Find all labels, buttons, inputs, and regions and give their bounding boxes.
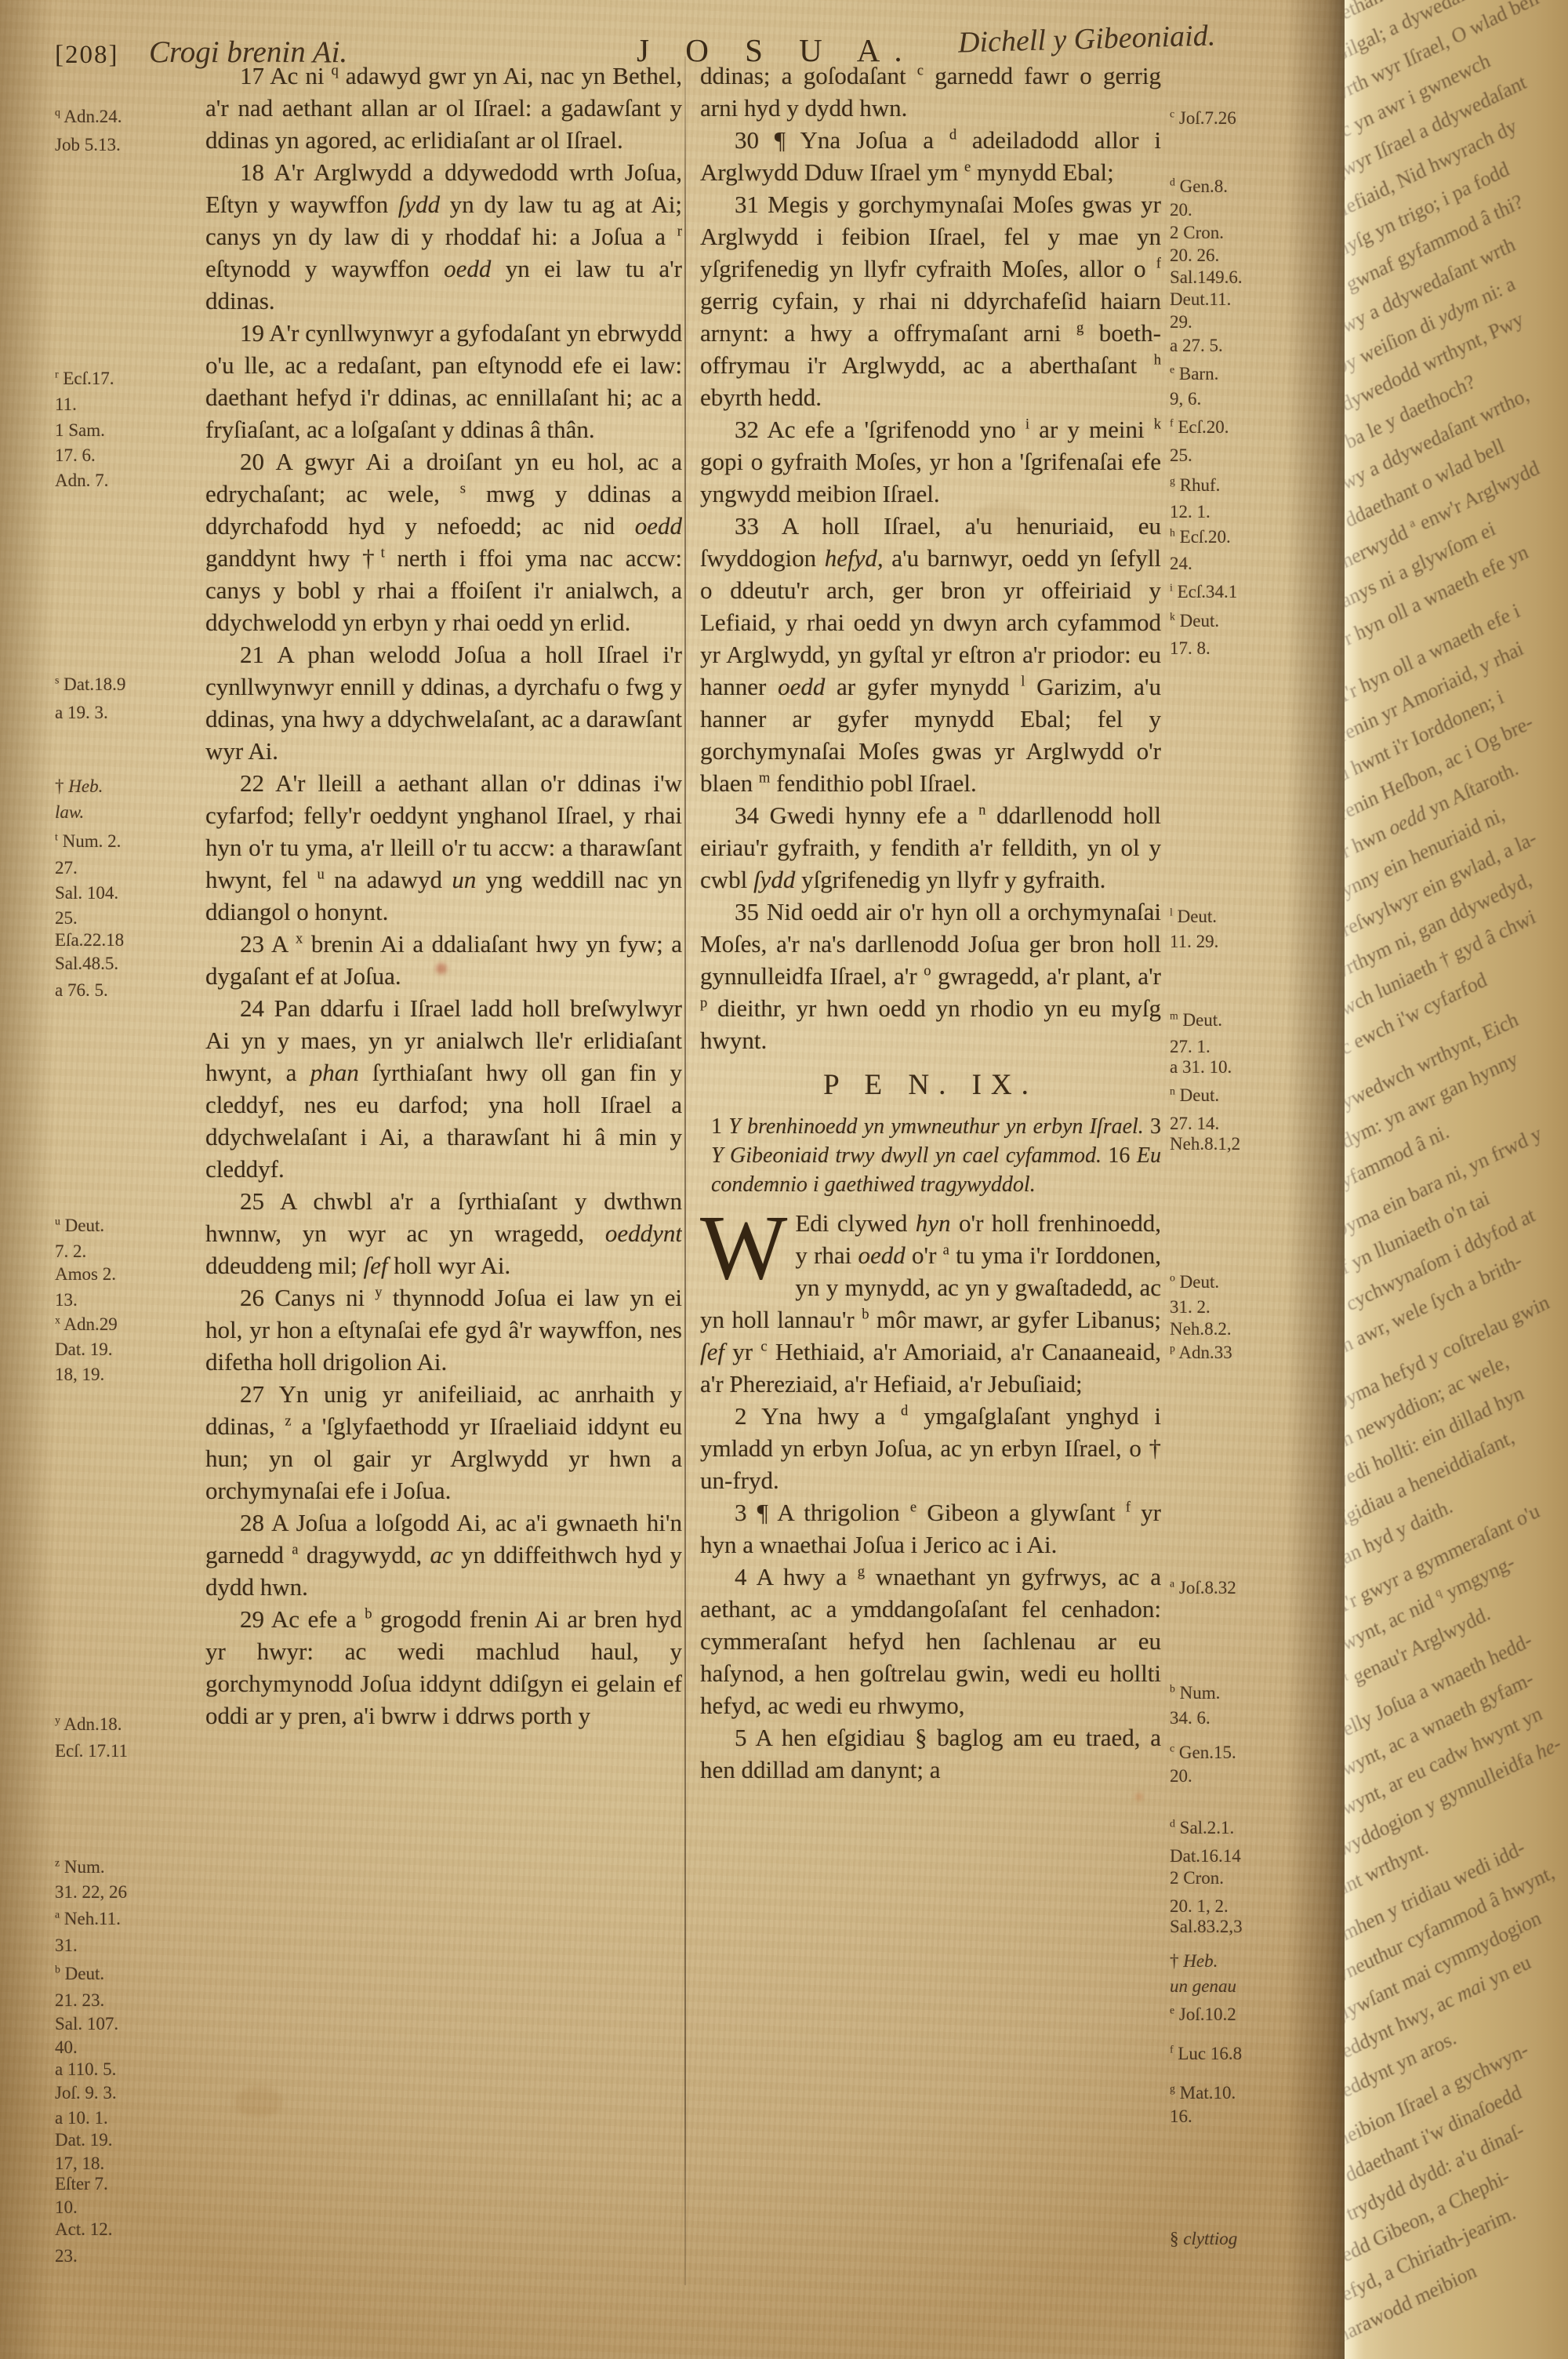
adjacent-page-text-fragment: ſant wrthynt. bbox=[1345, 1836, 1432, 1903]
margin-note: b Deut. bbox=[55, 1964, 104, 1984]
margin-note: 20. bbox=[1170, 200, 1192, 220]
margin-note: Ecſ. 17.11 bbox=[55, 1741, 128, 1761]
margin-note: 2 Cron. bbox=[1170, 223, 1224, 243]
margin-note: 20. 1, 2. bbox=[1170, 1896, 1229, 1917]
adjacent-page-text-fragment: ef yn lluniaeth o'n tai bbox=[1345, 1187, 1493, 1284]
adjacent-page-text-fragment: wneuthur cyfammod â hwynt, bbox=[1345, 1860, 1558, 1990]
adjacent-page-text-fragment: a ddaethant o wlad bell bbox=[1345, 434, 1508, 539]
adjacent-page-text-fragment: aethant at Joſua bbox=[1345, 0, 1452, 29]
right-text-column: ddinas; a goſodaſant c garnedd fawr o ge… bbox=[700, 60, 1161, 2291]
margin-note: a 10. 1. bbox=[55, 2108, 108, 2128]
margin-note: 16. bbox=[1170, 2106, 1192, 2127]
adjacent-page-text-fragment: yr hwn oedd yn Aſtaroth. bbox=[1345, 757, 1522, 868]
adjacent-page-text-fragment: wrth wyr Iſrael, O wlad bell bbox=[1345, 0, 1543, 107]
adjacent-page-text-fragment: breſwylwyr ein gwlad, a la- bbox=[1345, 826, 1540, 947]
adjacent-page-text-fragment: oedd Gibeon, a Chephi- bbox=[1345, 2165, 1513, 2272]
adjacent-page-text-fragment: ac yn awr i gwnewch bbox=[1345, 49, 1494, 147]
margin-note: a Neh.11. bbox=[55, 1909, 121, 1929]
adjacent-page-text-fragment: eſgidiau a heneiddiaſant, bbox=[1345, 1425, 1518, 1535]
margin-note: 21. 23. bbox=[55, 1990, 104, 2011]
margin-note: § clyttiog bbox=[1170, 2229, 1237, 2249]
adjacent-page-text-fragment: tu hwnt i'r Iorddonen; i bbox=[1345, 685, 1507, 790]
margin-note: 25. bbox=[1170, 445, 1192, 466]
margin-note: 17. 6. bbox=[55, 445, 96, 466]
margin-note: 11. 29. bbox=[1170, 932, 1218, 952]
scanned-bible-page: { "page": { "folio": "[208]", "running_t… bbox=[0, 0, 1568, 2359]
verses-ch8-list: 30 ¶ Yna Joſua a d adeiladodd allor i Ar… bbox=[700, 124, 1161, 1056]
margin-note: p Adn.33 bbox=[1170, 1343, 1232, 1363]
verse: 27 Yn unig yr anifeiliaid, ac anrhaith y… bbox=[205, 1378, 682, 1507]
margin-note: 27. bbox=[55, 858, 78, 878]
adjacent-page-text-fragment: hwynt, ac nid q ymgyng- bbox=[1345, 1550, 1518, 1660]
adjacent-page-text-fragment: oeddynt yn aros. bbox=[1345, 2026, 1460, 2107]
adjacent-page-text-fragment: wedi hollti: ein dillad hyn bbox=[1345, 1381, 1527, 1496]
margin-note: Act. 12. bbox=[55, 2219, 112, 2240]
margin-note: Neh.8.1,2 bbox=[1170, 1134, 1240, 1154]
adjacent-page-text-fragment: frenin Heſbon, ac i Og bre- bbox=[1345, 711, 1537, 829]
verse: 17 Ac ni q adawyd gwr yn Ai, nac yn Beth… bbox=[205, 60, 682, 156]
page-left-edge-shadow bbox=[0, 0, 55, 2359]
margin-note: 23. bbox=[55, 2246, 78, 2266]
adjacent-page-text-fragment: A'r gwyr a gymmeraſant o'u bbox=[1345, 1499, 1543, 1621]
adjacent-page-text-fragment: myſg yn trigo; i pa fodd bbox=[1345, 157, 1512, 264]
margin-note: 31. bbox=[55, 1936, 78, 1956]
margin-note: y Adn.18. bbox=[55, 1714, 122, 1735]
verse: 28 A Joſua a loſgodd Ai, ac a'i gwnaeth … bbox=[205, 1507, 682, 1603]
margin-note: m Deut. bbox=[1170, 1010, 1222, 1030]
margin-note: 17. 8. bbox=[1170, 638, 1210, 659]
adjacent-page-text-fragment: Hefiaid, Nid hwyrach dy bbox=[1345, 114, 1520, 225]
margin-note: Joſ. 9. 3. bbox=[55, 2083, 117, 2103]
verse: 19 A'r cynllwynwyr a gyfodaſant yn ebrwy… bbox=[205, 317, 682, 445]
margin-note: Dat.16.14 bbox=[1170, 1846, 1241, 1866]
verse: 3 ¶ A thrigolion e Gibeon a glywſant f y… bbox=[700, 1496, 1161, 1561]
adjacent-page-text-fragment: Gilgal; a dywedaſant wrtho bbox=[1345, 0, 1538, 68]
adjacent-page-text-fragment: a'r hyn oll a wnaeth efe yn bbox=[1345, 540, 1532, 656]
chapter-heading: P E N. IX. bbox=[700, 1056, 1161, 1110]
margin-note: a 19. 3. bbox=[55, 703, 108, 723]
margin-note: a 76. 5. bbox=[55, 980, 108, 1001]
margin-note: e Barn. bbox=[1170, 364, 1218, 384]
adjacent-page-text-fragment: cyfammod â ni. bbox=[1345, 1120, 1453, 1198]
adjacent-page-edge: aethant at Joſua Gilgal; a dywedaſant wr… bbox=[1345, 0, 1568, 2359]
margin-note: Dat. 19. bbox=[55, 1339, 112, 1360]
adjacent-page-text-fragment: y gwnaf gyfammod â thi? bbox=[1345, 190, 1526, 304]
verse: 5 A hen eſgidiau § baglog am eu traed, a… bbox=[700, 1721, 1161, 1786]
margin-note: 20. bbox=[1170, 1766, 1192, 1787]
adjacent-page-text-fragment: ydym: yn awr gan hynny bbox=[1345, 1047, 1521, 1158]
margin-note: a 110. 5. bbox=[55, 2059, 116, 2080]
adjacent-page-text-fragment: Dyma hefyd y coſtrelau gwin bbox=[1345, 1290, 1552, 1416]
margin-note: g Rhuf. bbox=[1170, 475, 1220, 496]
adjacent-page-text-fragment: hynny ein henuriaid ni, bbox=[1345, 802, 1508, 907]
margin-note: law. bbox=[55, 802, 84, 823]
adjacent-page-text-fragment: oherwydd a enw'r Arglwydd bbox=[1345, 456, 1543, 578]
margin-note: s Dat.18.9 bbox=[55, 674, 125, 695]
margin-note: c Joſ.7.26 bbox=[1170, 108, 1236, 129]
book-page: [208] Crogi brenin Ai. J O S U A. Dichel… bbox=[0, 0, 1568, 2359]
margin-note: Neh.8.2. bbox=[1170, 1319, 1232, 1339]
left-margin-notes: q Adn.24. Job 5.13. r Ecſ.17. 11. 1 Sam.… bbox=[55, 0, 208, 2359]
adjacent-page-text-fragment: glywſant mai cymmydogion bbox=[1345, 1906, 1544, 2029]
margin-note: l Deut. bbox=[1170, 907, 1217, 927]
margin-note: a Joſ.8.32 bbox=[1170, 1578, 1236, 1598]
margin-note: Amos 2. bbox=[55, 1264, 116, 1285]
adjacent-page-text-fragment: yn newyddion; ac wele, bbox=[1345, 1350, 1512, 1456]
verse: 35 Nid oedd air o'r hyn oll a orchymynaſ… bbox=[700, 896, 1161, 1056]
margin-note: a 27. 5. bbox=[1170, 336, 1223, 356]
verse: 2 Yna hwy a d ymgaſglaſant ynghyd i ymla… bbox=[700, 1400, 1161, 1496]
adjacent-page-text-fragment: ewch luniaeth † gyd â chwi bbox=[1345, 905, 1539, 1025]
adjacent-page-text-fragment: hwy a ddywedaſant wrtho, bbox=[1345, 383, 1533, 500]
margin-note: q Adn.24. bbox=[55, 107, 122, 127]
margin-note: k Deut. bbox=[1170, 611, 1219, 631]
verse-with-dropcap: WEdi clywed hyn o'r holl frenhinoedd, y … bbox=[700, 1207, 1161, 1400]
adjacent-page-text-fragment: meibion Iſrael a gychwyn- bbox=[1345, 2037, 1532, 2154]
margin-note: u Deut. bbox=[55, 1216, 104, 1236]
margin-note: x Adn.29 bbox=[55, 1314, 118, 1335]
margin-note: 25. bbox=[55, 908, 78, 929]
margin-note: 12. 1. bbox=[1170, 502, 1210, 522]
margin-note: z Num. bbox=[55, 1857, 105, 1877]
margin-note: a 31. 10. bbox=[1170, 1057, 1232, 1078]
margin-note: 40. bbox=[55, 2037, 78, 2058]
margin-note: † Heb. bbox=[1170, 1951, 1218, 1972]
verse: 25 A chwbl a'r a ſyrthiaſant y dwthwn hw… bbox=[205, 1185, 682, 1281]
adjacent-page-text-fragment: yn awr, wele ſych a brith- bbox=[1345, 1249, 1526, 1362]
margin-note: 29. bbox=[1170, 312, 1192, 333]
adjacent-page-text-fragment: Dy weiſion di ydym ni: a bbox=[1345, 272, 1519, 382]
margin-note: un genau bbox=[1170, 1976, 1236, 1997]
adjacent-page-text-fragment: ac ewch i'w cyfarfod bbox=[1345, 968, 1490, 1064]
verse: 33 A holl Iſrael, a'u henuriaid, eu ſwyd… bbox=[700, 510, 1161, 799]
margin-note: 18, 19. bbox=[55, 1365, 104, 1385]
margin-note: g Mat.10. bbox=[1170, 2083, 1236, 2103]
margin-note: b Num. bbox=[1170, 1683, 1220, 1703]
margin-note: 34. 6. bbox=[1170, 1708, 1210, 1728]
adjacent-page-text-fragment: hwynt, ar eu cadw hwynt yn bbox=[1345, 1702, 1545, 1825]
margin-note: Dat. 19. bbox=[55, 2130, 112, 2150]
margin-note: d Gen.8. bbox=[1170, 176, 1228, 197]
adjacent-page-text-fragment: canys ni a glywſom ei bbox=[1345, 517, 1499, 617]
verse: 22 A'r lleill a aethant allan o'r ddinas… bbox=[205, 767, 682, 928]
margin-note: 13. bbox=[55, 1290, 78, 1310]
verse: 20 A gwyr Ai a droiſant yn eu hol, ac a … bbox=[205, 445, 682, 638]
margin-note: Job 5.13. bbox=[55, 135, 121, 155]
adjacent-page-text-fragment: dywedwch wrthynt, Eich bbox=[1345, 1008, 1522, 1119]
verse-continuation: ddinas; a goſodaſant c garnedd fawr o ge… bbox=[700, 60, 1161, 124]
verse: 31 Megis y gorchymynaſai Moſes gwas yr A… bbox=[700, 188, 1161, 413]
margin-note: 20. 26. bbox=[1170, 245, 1219, 266]
margin-note: 24. bbox=[1170, 554, 1192, 574]
margin-note: i Ecſ.34.1 bbox=[1170, 582, 1237, 602]
margin-note: 9, 6. bbox=[1170, 389, 1201, 409]
margin-note: Sal.83.2,3 bbox=[1170, 1917, 1243, 1937]
verse: 26 Canys ni y thynnodd Joſua ei law yn e… bbox=[205, 1281, 682, 1378]
margin-note: c Gen.15. bbox=[1170, 1743, 1236, 1763]
verse: 30 ¶ Yna Joſua a d adeiladodd allor i Ar… bbox=[700, 124, 1161, 188]
margin-note: e Joſ.10.2 bbox=[1170, 2005, 1236, 2025]
adjacent-page-text-fragment: y cychwynaſom i ddyfod at bbox=[1345, 1203, 1538, 1323]
adjacent-page-text-fragment: wrthym ni, gan ddywedyd, bbox=[1345, 868, 1535, 986]
verse: 23 A x brenin Ai a ddaliaſant hwy yn fyw… bbox=[205, 928, 682, 992]
margin-note: Sal.48.5. bbox=[55, 954, 118, 974]
adjacent-page-text-fragment: ymhen y tridiau wedi idd- bbox=[1345, 1836, 1528, 1950]
margin-note: n Deut. bbox=[1170, 1085, 1219, 1106]
adjacent-page-text-fragment: oeddynt hwy, ac mai yn eu bbox=[1345, 1950, 1534, 2068]
adjacent-page-text-fragment: ſwyddogion y gynnulleidfa he- bbox=[1345, 1732, 1564, 1864]
margin-note: Sal. 104. bbox=[55, 883, 118, 903]
margin-note: Deut.11. bbox=[1170, 289, 1231, 310]
column-divider-rule bbox=[684, 56, 686, 2285]
adjacent-page-text-fragment: gan hyd y daith. bbox=[1345, 1495, 1456, 1574]
left-text-column: 17 Ac ni q adawyd gwr yn Ai, nac yn Beth… bbox=[205, 60, 682, 2291]
margin-note: Sal. 107. bbox=[55, 2014, 118, 2034]
verse: 32 Ac efe a 'ſgrifenodd yno i ar y meini… bbox=[700, 413, 1161, 510]
margin-note: 2 Cron. bbox=[1170, 1868, 1224, 1888]
adjacent-page-text-fragment: A'r hyn oll a wnaeth efe i bbox=[1345, 599, 1523, 711]
margin-note: 17, 18. bbox=[55, 2154, 104, 2174]
adjacent-page-text-fragment: hefyd, a Chiriath-jearim. bbox=[1345, 2201, 1519, 2311]
verse: 21 A phan welodd Joſua a holl Iſrael i'r… bbox=[205, 638, 682, 767]
margin-note: Sal.149.6. bbox=[1170, 267, 1243, 288]
margin-note: 11. bbox=[55, 394, 77, 415]
adjacent-page-text-fragment: hwynt, ac a wnaeth gyfam- bbox=[1345, 1667, 1537, 1786]
margin-note: 10. bbox=[55, 2197, 78, 2218]
margin-note: f Ecſ.20. bbox=[1170, 417, 1229, 438]
adjacent-page-text-fragment: tharawodd meibion bbox=[1345, 2259, 1480, 2350]
margin-note: r Ecſ.17. bbox=[55, 369, 114, 389]
page-gutter-shadow bbox=[1286, 0, 1345, 2359]
adjacent-page-text-fragment: gwyr Iſrael a ddywedaſant bbox=[1345, 71, 1530, 186]
adjacent-page-text-fragment: Dyma ein bara ni, yn frwd y bbox=[1345, 1121, 1545, 1245]
margin-note: Adn. 7. bbox=[55, 471, 108, 491]
adjacent-page-text-fragment: a ddaethant i'w dinaſoedd bbox=[1345, 2081, 1525, 2194]
margin-note: Eſa.22.18 bbox=[55, 930, 124, 951]
margin-note: 27. 1. bbox=[1170, 1037, 1210, 1057]
margin-note: d Sal.2.1. bbox=[1170, 1818, 1234, 1838]
adjacent-page-text-fragment: ddywedodd wrthynt, Pwy bbox=[1345, 307, 1526, 421]
margin-note: 27. 14. bbox=[1170, 1114, 1219, 1134]
verse: 4 A hwy a g wnaethant yn gyfrwys, ac a a… bbox=[700, 1561, 1161, 1721]
adjacent-page-text-fragment: frenin yr Amoriaid, y rhai bbox=[1345, 637, 1526, 751]
margin-note: 7. 2. bbox=[55, 1241, 86, 1262]
margin-note: t Num. 2. bbox=[55, 831, 121, 852]
margin-note: h Ecſ.20. bbox=[1170, 527, 1231, 547]
verse: 34 Gwedi hynny efe a n ddarllenodd holl … bbox=[700, 799, 1161, 896]
adjacent-page-text-fragment: Felly Joſua a wnaeth hedd- bbox=[1345, 1628, 1535, 1747]
adjacent-page-text-fragment: hwy a ddywedaſant wrth bbox=[1345, 233, 1519, 343]
margin-note: † Heb. bbox=[55, 776, 103, 797]
margin-note: f Luc 16.8 bbox=[1170, 2044, 1242, 2064]
adjacent-page-text-fragment: â t genau'r Arglwydd. bbox=[1345, 1601, 1494, 1699]
margin-note: 1 Sam. bbox=[55, 420, 105, 441]
chapter-argument: 1 Y brenhinoedd yn ymwneuthur yn erbyn I… bbox=[700, 1110, 1161, 1207]
verse: 24 Pan ddarfu i Iſrael ladd holl breſwyl… bbox=[205, 992, 682, 1185]
margin-note: o Deut. bbox=[1170, 1272, 1219, 1292]
margin-note: 31. 22, 26 bbox=[55, 1882, 127, 1903]
verse: 18 A'r Arglwydd a ddywedodd wrth Joſua, … bbox=[205, 156, 682, 317]
verse: 29 Ac efe a b grogodd frenin Ai ar bren … bbox=[205, 1603, 682, 1732]
margin-note: Eſter 7. bbox=[55, 2174, 108, 2194]
adjacent-page-text-fragment: a ba le y daethoch? bbox=[1345, 370, 1479, 460]
drop-cap-letter: W bbox=[700, 1207, 795, 1284]
verses-ch9-list: 2 Yna hwy a d ymgaſglaſant ynghyd i ymla… bbox=[700, 1400, 1161, 1786]
adjacent-page-text-fragment: y trydydd dydd: a'u dinaſ- bbox=[1345, 2118, 1527, 2233]
margin-note: 31. 2. bbox=[1170, 1297, 1210, 1318]
